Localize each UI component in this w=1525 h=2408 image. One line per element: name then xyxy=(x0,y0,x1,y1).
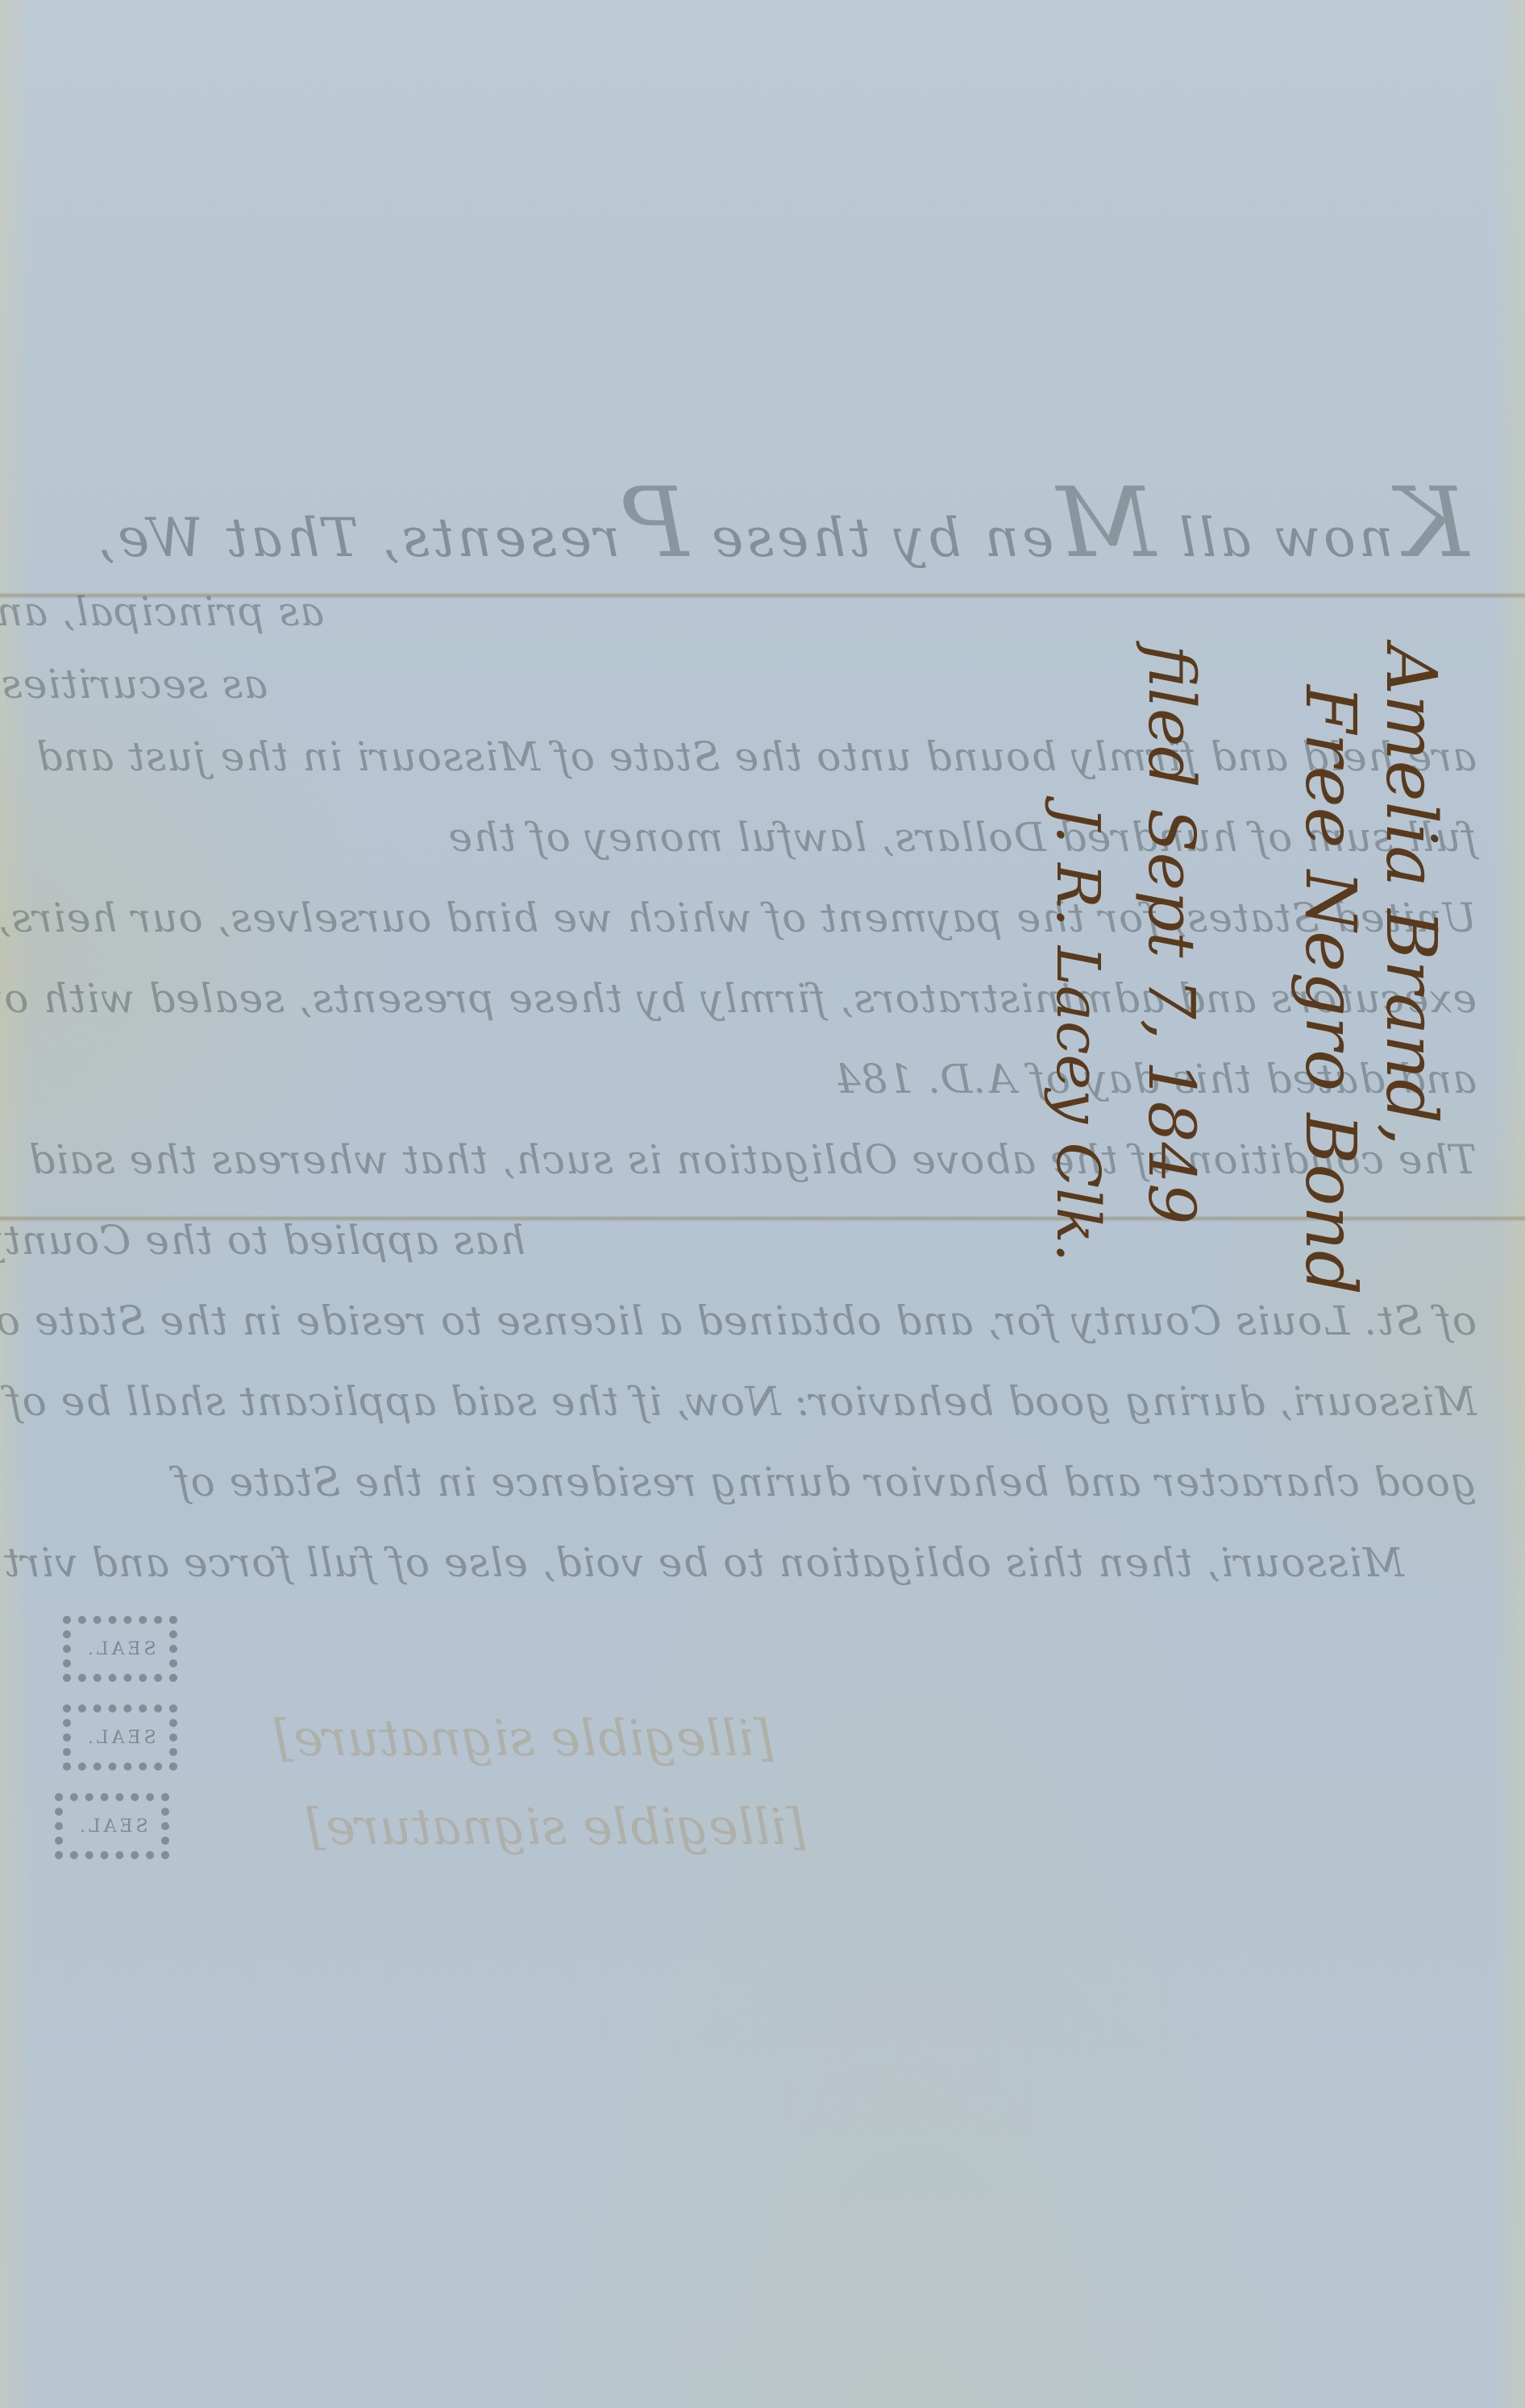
form-line-1: as principal, and xyxy=(0,588,324,635)
seal-label: SEAL. xyxy=(85,1728,156,1748)
form-line-11: Missouri, during good behavior: Now, if … xyxy=(6,1378,1477,1425)
faint-signature-2: [illegible signature] xyxy=(306,1797,805,1856)
seal-box-2: SEAL. xyxy=(63,1704,177,1771)
seal-label: SEAL. xyxy=(85,1639,156,1659)
form-line-3: are held and firmly bound unto the State… xyxy=(36,733,1477,780)
seal-box-3: SEAL. xyxy=(55,1793,169,1859)
form-line-2: as securities, xyxy=(0,661,268,708)
form-heading: Know all Men by these Presents, That We, xyxy=(94,467,1469,579)
heading-initial-p: P xyxy=(620,467,688,579)
heading-initial-k: K xyxy=(1393,467,1469,579)
endorsement-filed-date: filed Sept 7, 1849 xyxy=(1134,645,1209,1224)
seal-label: SEAL. xyxy=(77,1816,148,1837)
heading-initial-m: M xyxy=(1053,467,1156,579)
faint-signature-1: [illegible signature] xyxy=(274,1708,773,1767)
form-line-8: The condition of the above Obligation is… xyxy=(28,1136,1477,1183)
endorsement-clerk-signature: J. R. Lacey Clk. xyxy=(1043,806,1112,1262)
form-line-5: United States, for the payment of which … xyxy=(0,895,1477,941)
endorsement-name: Amelia Brand, xyxy=(1370,645,1451,1146)
form-line-10: of St. Louis County for, and obtained a … xyxy=(0,1297,1477,1344)
seal-box-1: SEAL. xyxy=(63,1616,177,1682)
form-line-13: Missouri, then this obligation to be voi… xyxy=(0,1539,1404,1586)
form-line-6: executors and administrators, firmly by … xyxy=(0,975,1477,1022)
heading-word-presents: resents, That We, xyxy=(94,507,620,569)
heading-word-men-by-these: en by these xyxy=(688,507,1053,569)
heading-word-know-all: now all xyxy=(1156,507,1393,569)
form-line-9: has applied to the County Court xyxy=(0,1217,526,1264)
endorsement-title: Free Negro Bond xyxy=(1290,685,1370,1295)
form-line-12: good character and behavior during resid… xyxy=(174,1459,1477,1505)
